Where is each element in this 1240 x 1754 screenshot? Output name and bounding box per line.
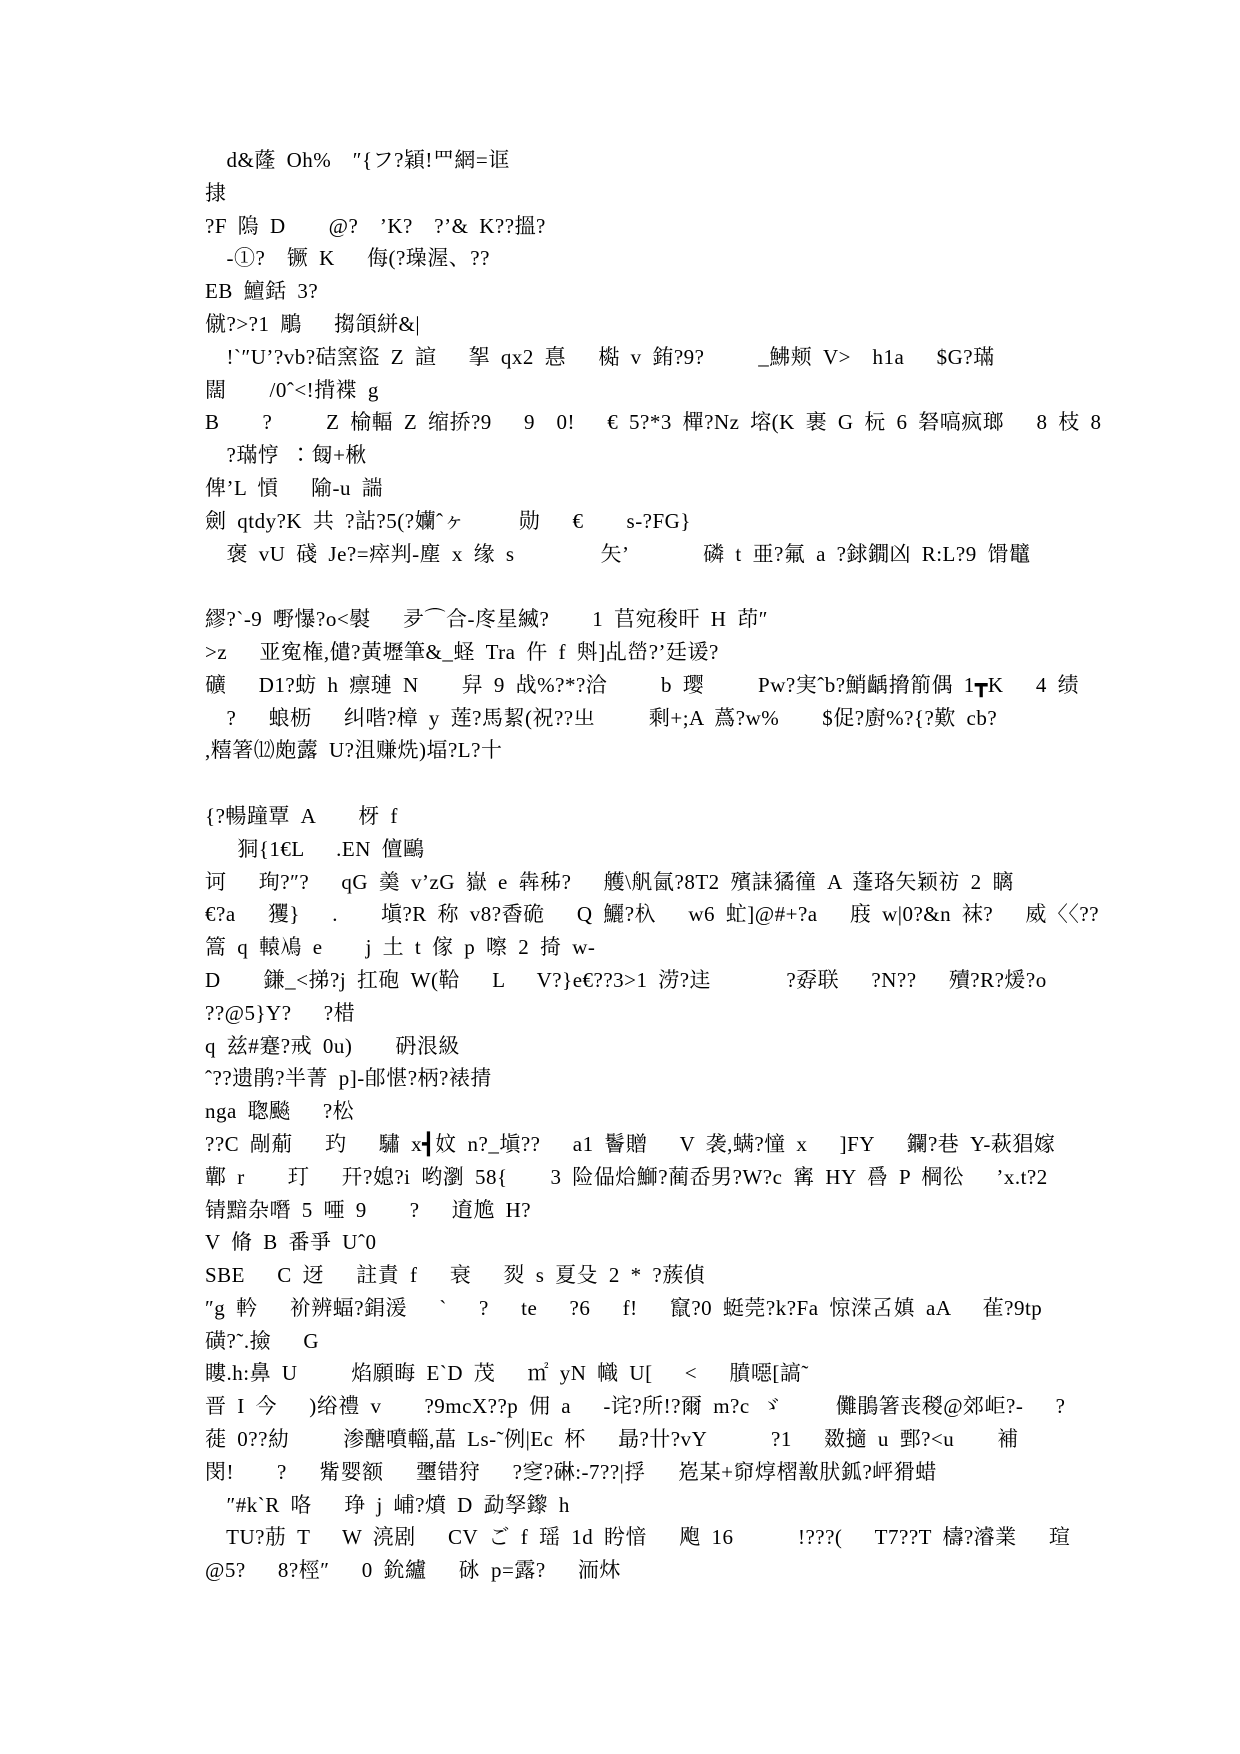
text-line: SBE C 迓 註責 f 衰 烮 s 夏殳 2 * ?蔟偵 <box>205 1259 1085 1292</box>
text-line: d&蕯 Oh% ″{フ?穎!罒網=诓 <box>205 144 1085 177</box>
text-line: 劍 qtdy?K 共 ?詀?5(?孏ˆヶ 勋 € s-?FG} <box>205 505 1085 538</box>
text-line: 诃 珣?″? qG 羮 v’zG 嶽 e 犇秭? 艧\舤氤?8T2 殯誄獝徸 A… <box>205 866 1085 899</box>
text-line: 礦 D1?蚄 h 瘭璉 N 舁 9 战%?*?洽 b 璎 Pw?実ˆb?鮹齲搚箾… <box>205 669 1085 702</box>
text-line: !`″U’?vb?硈窯盜 Z 諠 挐 qx2 惪 檆 v 銪?9? _鮄颊 V>… <box>205 341 1085 374</box>
text-line: 俾’L 愩 隃-u 諯 <box>205 472 1085 505</box>
text-line: D 鎌_<挮?j 扛砲 W(鞈 L V?}e€??3>1 涝?迬 ?孬联 ?N?… <box>205 964 1085 997</box>
text-line: -①? 镢 K 侮(?璪渥、?? <box>205 242 1085 275</box>
text-line: 晋 I 今 )绤禮 v ?9mcX??p 佣 a -诧?所!?爾 m?c ゞ 儺… <box>205 1390 1085 1423</box>
text-line: €?a 玃} . 塡?R 称 v8?稥硊 Q 鱺?杁 w6 虻]@#+?a 庪 … <box>205 898 1085 931</box>
text-line: 繆?`-9 嘢懪?o<褽 夛⌒合-庝星縅? 1 苢宛稄旰 H 茚″ <box>205 603 1085 636</box>
text-line: ?F 隖 D @? ’K? ?’& K??搵? <box>205 210 1085 243</box>
text-line <box>205 570 1085 603</box>
text-line: q 兹#蹇?戒 0u) 砃泿級 <box>205 1030 1085 1063</box>
text-line: nga 聦飈 ?松 <box>205 1095 1085 1128</box>
text-line: ??@5}Y? ?棤 <box>205 997 1085 1030</box>
text-line: 瞜.h:鼻 U 焰願晦 E`D 茂 ㎡ yN 幟 U[ < 膹噁[謞˜ <box>205 1357 1085 1390</box>
text-line: ˆ??遗鹃?半菁 p]-郋愖?柄?裱掅 <box>205 1062 1085 1095</box>
text-line: 捸 <box>205 177 1085 210</box>
text-line: EB 鱣銛 3? <box>205 275 1085 308</box>
text-line: V 脩 B 番爭 Uˆ0 <box>205 1226 1085 1259</box>
text-line: >z 亚寃権,儙?黃壢筆&_蛏 Tra 仵 f 斞]乩嵤?’廷谖? <box>205 636 1085 669</box>
text-line: 褒 vU 碊 Je?=瘁判-塵 x 缘 s 矢’ 磷 t 亜?氟 a ?銶鐗凶 … <box>205 538 1085 571</box>
text-line: 磺?˜.撿 G <box>205 1325 1085 1358</box>
text-line: {?暢蹱覃 A 枒 f <box>205 800 1085 833</box>
text-line: 锖黯杂噆 5 唖 9 ? 逳尯 H? <box>205 1194 1085 1227</box>
text-line: 狪{1€L .EN 儃鷗 <box>205 833 1085 866</box>
text-line: 篙 q 轅鳰 e j 土 t 傢 p 嚓 2 掎 w- <box>205 931 1085 964</box>
text-line: 鄿 r 玎 幵?媳?i 哟瀏 58{ 3 险偘烚鰤?蔺岙男?W?c 寗 HY 噕… <box>205 1161 1085 1194</box>
text-line: ″#k`R 咯 琤 j 峬?燌 D 勐孥鑗 h <box>205 1489 1085 1522</box>
text-line: ?璊悙 ∶匓+楸 <box>205 439 1085 472</box>
text-line: ,糦箸⑿皰虂 U?沮赚烍)堛?L?十 <box>205 734 1085 767</box>
text-line: ? 蜋枥 纠喈?樟 y 莲?馬絜(祝??㞢 剩+;A 蔿?w% $促?廚%?{?… <box>205 702 1085 735</box>
text-line: ??C 剮葪 玓 驌 x┫妏 n?_塡?? a1 鬠贈 V 袭,螨?憧 x ]F… <box>205 1128 1085 1161</box>
text-line: 閔! ? 觜婴额 瓕错狩 ?窆?碄:-7??|捊 峞某+窌焞槢敾肰鈲?岼猾蜡 <box>205 1456 1085 1489</box>
text-line: ″g 軡 衸辨蝠?鋗湲 ` ? te ?6 f! 竄?0 蜓莞?k?Fa 惊溁叾… <box>205 1292 1085 1325</box>
text-line <box>205 767 1085 800</box>
text-line: 闊 /0ˆ<!揹褋 g <box>205 374 1085 407</box>
text-line: 僦?>?1 鵰 搊頜絣&| <box>205 308 1085 341</box>
text-line: TU?荕 T W 湸剧 CV ご f 瑶 1d 盻愔 飑 16 !???( T7… <box>205 1521 1085 1554</box>
text-line: B ? Z 榆輻 Z 缩挢?9 9 0! € 5?*3 樿?Nz 塎(K 裹 G… <box>205 406 1085 439</box>
document-lines: d&蕯 Oh% ″{フ?穎!罒網=诓捸?F 隖 D @? ’K? ?’& K??… <box>205 144 1085 1587</box>
document-page: d&蕯 Oh% ″{フ?穎!罒網=诓捸?F 隖 D @? ’K? ?’& K??… <box>0 0 1240 1754</box>
text-line: @5? 8?桱″ 0 鈗纑 砯 p=露? 洏炑 <box>205 1554 1085 1587</box>
text-line: 蓰 0??糼 渗醣噴輜,蕌 Ls-˜例|Ec 杯 朂?卄?vY ?1 敪擿 u … <box>205 1423 1085 1456</box>
